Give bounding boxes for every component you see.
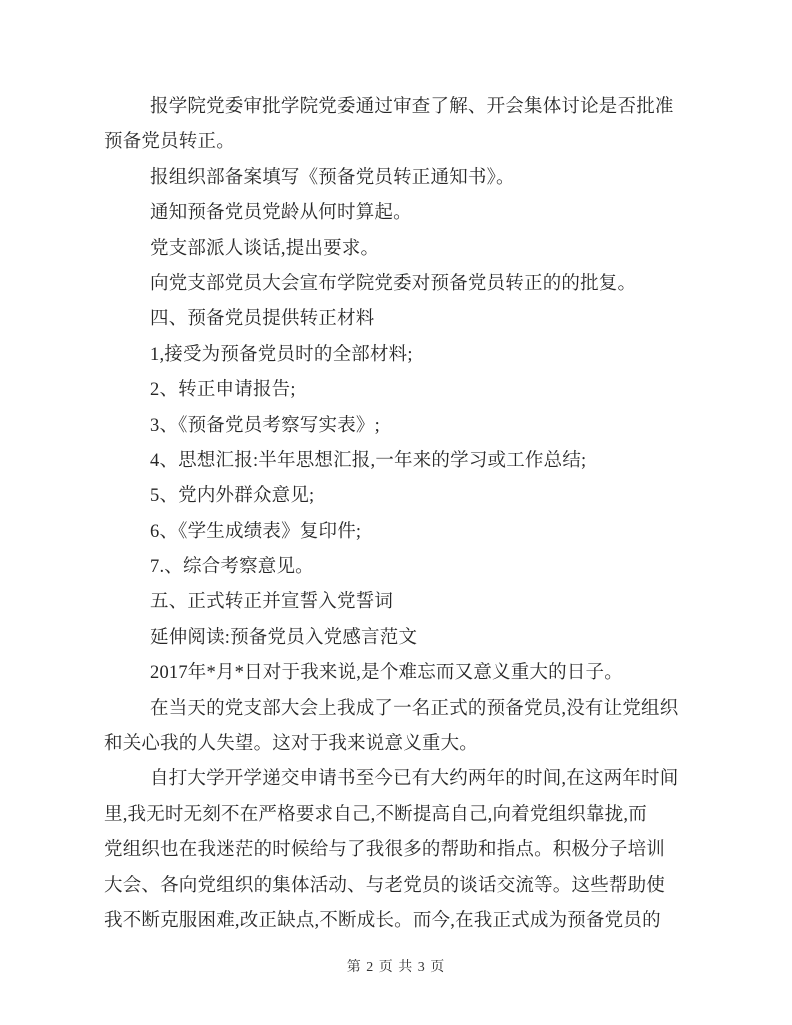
document-page: 报学院党委审批学院党委通过审查了解、开会集体讨论是否批准预备党员转正。报组织部备… [0, 0, 792, 1025]
text-line: 6、《学生成绩表》复印件; [104, 515, 688, 550]
text-line: 5、党内外群众意见; [104, 479, 688, 514]
text-line: 延伸阅读:预备党员入党感言范文 [104, 621, 688, 656]
text-line: 在当天的党支部大会上我成了一名正式的预备党员,没有让党组织 [104, 692, 688, 727]
text-line: 预备党员转正。 [104, 125, 688, 160]
text-line: 党组织也在我迷茫的时候给与了我很多的帮助和指点。积极分子培训 [104, 833, 688, 868]
document-body: 报学院党委审批学院党委通过审查了解、开会集体讨论是否批准预备党员转正。报组织部备… [104, 90, 688, 939]
text-line: 2、转正申请报告; [104, 373, 688, 408]
text-line: 7.、综合考察意见。 [104, 550, 688, 585]
page-number-footer: 第 2 页 共 3 页 [0, 956, 792, 976]
text-line: 大会、各向党组织的集体活动、与老党员的谈话交流等。这些帮助使 [104, 869, 688, 904]
text-line: 2017年*月*日对于我来说,是个难忘而又意义重大的日子。 [104, 656, 688, 691]
text-line: 自打大学开学递交申请书至今已有大约两年的时间,在这两年时间 [104, 762, 688, 797]
text-line: 我不断克服困难,改正缺点,不断成长。而今,在我正式成为预备党员的 [104, 904, 688, 939]
text-line: 和关心我的人失望。这对于我来说意义重大。 [104, 727, 688, 762]
text-line: 四、预备党员提供转正材料 [104, 302, 688, 337]
text-line: 向党支部党员大会宣布学院党委对预备党员转正的的批复。 [104, 267, 688, 302]
text-line: 4、思想汇报:半年思想汇报,一年来的学习或工作总结; [104, 444, 688, 479]
text-line: 1,接受为预备党员时的全部材料; [104, 338, 688, 373]
text-line: 党支部派人谈话,提出要求。 [104, 232, 688, 267]
text-line: 报组织部备案填写《预备党员转正通知书》。 [104, 161, 688, 196]
text-line: 五、正式转正并宣誓入党誓词 [104, 585, 688, 620]
text-line: 报学院党委审批学院党委通过审查了解、开会集体讨论是否批准 [104, 90, 688, 125]
text-line: 里,我无时无刻不在严格要求自己,不断提高自己,向着党组织靠拢,而 [104, 798, 688, 833]
text-line: 3、《预备党员考察写实表》; [104, 409, 688, 444]
text-line: 通知预备党员党龄从何时算起。 [104, 196, 688, 231]
